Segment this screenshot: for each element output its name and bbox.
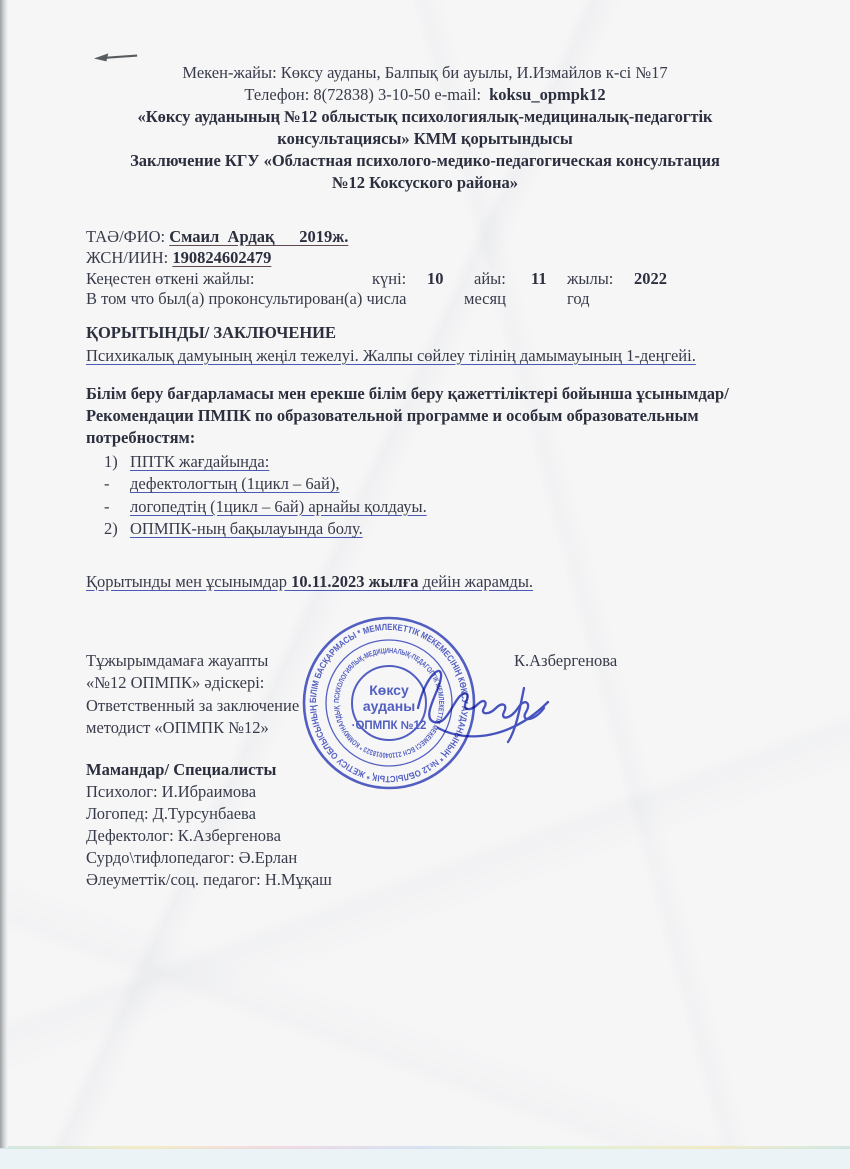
iin-label: ЖСН/ИИН: bbox=[86, 248, 168, 267]
list-marker: 1) bbox=[104, 451, 118, 473]
day-value: 10 bbox=[427, 268, 444, 289]
list-item-text: ОПМПК-ның бақылауында болу. bbox=[130, 519, 363, 538]
list-item: - логопедтің (1цикл – 6ай) арнайы қолдау… bbox=[86, 496, 816, 518]
scan-left-edge bbox=[0, 0, 8, 1148]
year-value: 2022 bbox=[634, 268, 667, 289]
validity-line: Қорытынды мен ұсынымдар 10.11.2023 жылға… bbox=[86, 571, 786, 592]
list-item-text: логопедтің (1цикл – 6ай) арнайы қолдауы. bbox=[130, 497, 427, 516]
list-item: 2) ОПМПК-ның бақылауында болу. bbox=[86, 518, 816, 540]
validity-suffix: дейін жарамды. bbox=[418, 572, 533, 591]
stamp-center-line1: Көксу bbox=[369, 682, 409, 698]
org-title-kk-line2: консультациясы» КММ қорытындысы bbox=[0, 128, 850, 150]
specialist-row: Дефектолог: К.Азбергенова bbox=[86, 825, 686, 847]
validity-text: Қорытынды мен ұсынымдар 10.11.2023 жылға… bbox=[86, 572, 533, 591]
recommendations-list: 1) ППТК жағдайында: - дефектологтың (1ци… bbox=[86, 451, 816, 541]
iin-value: 190824602479 bbox=[172, 248, 271, 267]
patient-info-block: ТАӘ/ФИО: Смаил Ардақ 2019ж. ЖСН/ИИН: 190… bbox=[86, 226, 786, 308]
list-item: - дефектологтың (1цикл – 6ай), bbox=[86, 473, 816, 495]
list-item-text: дефектологтың (1цикл – 6ай), bbox=[130, 474, 339, 493]
recommendations-block: Білім беру бағдарламасы мен ерекше білім… bbox=[86, 383, 816, 541]
conclusion-block: ҚОРЫТЫНДЫ/ ЗАКЛЮЧЕНИЕ Психикалық дамуыны… bbox=[86, 321, 806, 367]
header-address-line: Мекен-жайы: Көксу ауданы, Балпық би ауыл… bbox=[0, 62, 850, 84]
month-label-ru: месяц bbox=[464, 288, 506, 309]
org-title-kk-line1: «Көксу ауданының №12 облыстық психология… bbox=[0, 106, 850, 128]
document-page: Мекен-жайы: Көксу ауданы, Балпық би ауыл… bbox=[0, 0, 850, 1148]
signature-scribble bbox=[408, 646, 560, 748]
list-marker: - bbox=[104, 496, 110, 518]
fio-row: ТАӘ/ФИО: Смаил Ардақ 2019ж. bbox=[86, 226, 786, 247]
specialist-row: Сурдо\тифлопедагог: Ә.Ерлан bbox=[86, 847, 686, 869]
list-marker: - bbox=[104, 473, 110, 495]
conclusion-text: Психикалық дамуының жеңіл тежелуі. Жалпы… bbox=[86, 344, 806, 367]
month-value: 11 bbox=[531, 268, 547, 289]
list-item: 1) ППТК жағдайында: bbox=[86, 451, 816, 473]
iin-row: ЖСН/ИИН: 190824602479 bbox=[86, 247, 786, 268]
consult-date-row-kk: Кеңестен өткені жайлы: күні: 10 айы: 11 … bbox=[86, 268, 786, 288]
conclusion-heading: ҚОРЫТЫНДЫ/ ЗАКЛЮЧЕНИЕ bbox=[86, 321, 806, 344]
consult-label-kk: Кеңестен өткені жайлы: bbox=[86, 268, 254, 289]
list-item-text: ППТК жағдайында: bbox=[130, 452, 269, 471]
recs-heading-line2: Рекомендации ПМПК по образовательной про… bbox=[86, 405, 816, 427]
recs-heading-line3: потребностям: bbox=[86, 427, 816, 449]
list-marker: 2) bbox=[104, 518, 118, 540]
validity-date: 10.11.2023 жылға bbox=[291, 572, 418, 591]
month-label: айы: bbox=[474, 268, 506, 289]
scanner-background: Мекен-жайы: Көксу ауданы, Балпық би ауыл… bbox=[0, 0, 850, 1169]
consult-label-ru: В том что был(а) проконсультирован(а) чи… bbox=[86, 288, 407, 309]
fio-label: ТАӘ/ФИО: bbox=[86, 227, 165, 246]
specialist-row: Әлеуметтік/соц. педагог: Н.Мұқаш bbox=[86, 869, 686, 891]
year-label: жылы: bbox=[567, 268, 613, 289]
phone-label: Телефон: 8(72838) 3-10-50 e-mail: bbox=[244, 85, 481, 104]
consult-date-row-ru: В том что был(а) проконсультирован(а) чи… bbox=[86, 288, 786, 308]
specialist-row: Логопед: Д.Турсунбаева bbox=[86, 803, 686, 825]
fio-value: Смаил Ардақ 2019ж. bbox=[169, 227, 348, 246]
day-label: күні: bbox=[372, 268, 406, 289]
scan-bottom-area bbox=[0, 1149, 850, 1169]
email-value: koksu_opmpk12 bbox=[489, 85, 605, 104]
org-title-ru-line1: Заключение КГУ «Областная психолого-меди… bbox=[0, 150, 850, 172]
year-label-ru: год bbox=[567, 288, 590, 309]
org-title-ru-line2: №12 Коксуского района» bbox=[0, 172, 850, 194]
header-phone-line: Телефон: 8(72838) 3-10-50 e-mail:koksu_o… bbox=[0, 84, 850, 106]
recs-heading-line1: Білім беру бағдарламасы мен ерекше білім… bbox=[86, 383, 816, 405]
document-header: Мекен-жайы: Көксу ауданы, Балпық би ауыл… bbox=[0, 62, 850, 194]
validity-prefix: Қорытынды мен ұсынымдар bbox=[86, 572, 291, 591]
